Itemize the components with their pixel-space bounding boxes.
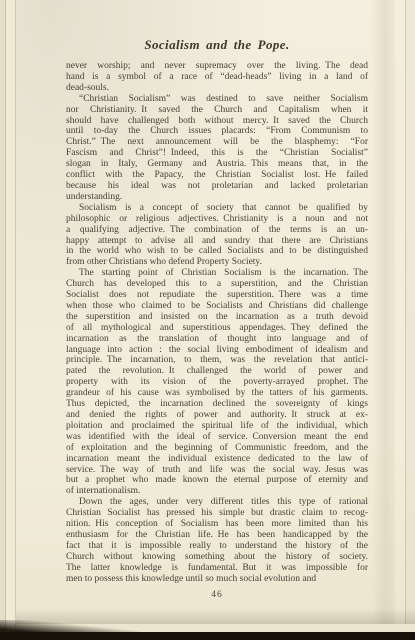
text-line: of internationalism. (66, 486, 368, 497)
text-line: Socialism is a concept of society that c… (66, 203, 368, 214)
text-line: hand is a symbol of a race of “dead-head… (66, 72, 368, 83)
text-column: Socialism and the Pope. never worship; a… (66, 38, 368, 600)
text-line: when those who claimed to be Socialists … (66, 301, 368, 312)
text-line: The latter knowledge is fundamental. But… (66, 563, 368, 574)
text-line: grandeur of his cause was symbolised by … (66, 388, 368, 399)
text-line: Church has developed this to a superstit… (66, 279, 368, 290)
page-number: 46 (66, 590, 368, 600)
text-line: incarnation as the translation of though… (66, 334, 368, 345)
text-line: Christ.” The next announcement will be t… (66, 137, 368, 148)
text-line: principle. The incarnation, to them, was… (66, 355, 368, 366)
page-edge-inner (6, 0, 16, 632)
text-line: of all mythological and superstitious ap… (66, 323, 368, 334)
page-title: Socialism and the Pope. (66, 38, 368, 52)
text-line: and denied the rights of power and autho… (66, 410, 368, 421)
text-line: never worship; and never supremacy over … (66, 61, 368, 72)
text-line: a qualifying adjective. The combination … (66, 225, 368, 236)
text-line: because his ideal was not proletarian an… (66, 181, 368, 192)
text-line: property with its vision of the poverty-… (66, 377, 368, 388)
text-line: slogan in Italy, Germany and Austria. Th… (66, 159, 368, 170)
text-line: understanding. (66, 192, 368, 203)
text-line: Thus depicted, the incarnation declined … (66, 399, 368, 410)
text-line: should have challenged both without merc… (66, 116, 368, 127)
text-line: from other Christians who defend Propert… (66, 257, 368, 268)
text-line: language into action : the social living… (66, 345, 368, 356)
text-line: incarnation meant the individual existen… (66, 454, 368, 465)
text-line: men to possess this knowledge until so m… (66, 574, 368, 585)
text-line: The starting point of Christian Socialis… (66, 268, 368, 279)
text-line: the superstition and insisted on the inc… (66, 312, 368, 323)
text-line: dead-souls. (66, 83, 368, 94)
text-line: Down the ages, under very different titl… (66, 497, 368, 508)
text-line: ploitation and proclaimed the spiritual … (66, 421, 368, 432)
text-line: pated the revolution. It challenged the … (66, 366, 368, 377)
text-line: but a prophet who made known the eternal… (66, 475, 368, 486)
text-line: Fascism and Christ”! Indeed, this is the… (66, 148, 368, 159)
text-line: nition. His conception of Socialism has … (66, 519, 368, 530)
text-line: happy attempt to advise all and sundry t… (66, 236, 368, 247)
text-line: fact that it is impossible really to und… (66, 541, 368, 552)
text-line: in the world who wish to be called Socia… (66, 246, 368, 257)
text-line: enthusiasm for the Christian life. He ha… (66, 530, 368, 541)
text-body: never worship; and never supremacy over … (66, 61, 368, 585)
text-line: was identified with the ideal of service… (66, 432, 368, 443)
text-line: “Christian Socialism” was destined to sa… (66, 94, 368, 105)
text-line: Socialist does not repudiate the superst… (66, 290, 368, 301)
scan-margin-right (406, 0, 415, 624)
text-line: Christian Socialist has pressed his simp… (66, 508, 368, 519)
text-line: conflict with the Papacy, the Christian … (66, 170, 368, 181)
scan-backing-corner (0, 620, 140, 634)
text-line: Church without knowing something about t… (66, 552, 368, 563)
text-line: until to-day the Church issues placards:… (66, 126, 368, 137)
text-line: service. The way of truth and life was t… (66, 465, 368, 476)
text-line: philosophic or religious adjectives. Chr… (66, 214, 368, 225)
text-line: of exploitation and the beginning of Com… (66, 443, 368, 454)
page-curl-shading (371, 0, 395, 624)
text-line: nor Christianity. It saved the Church an… (66, 105, 368, 116)
